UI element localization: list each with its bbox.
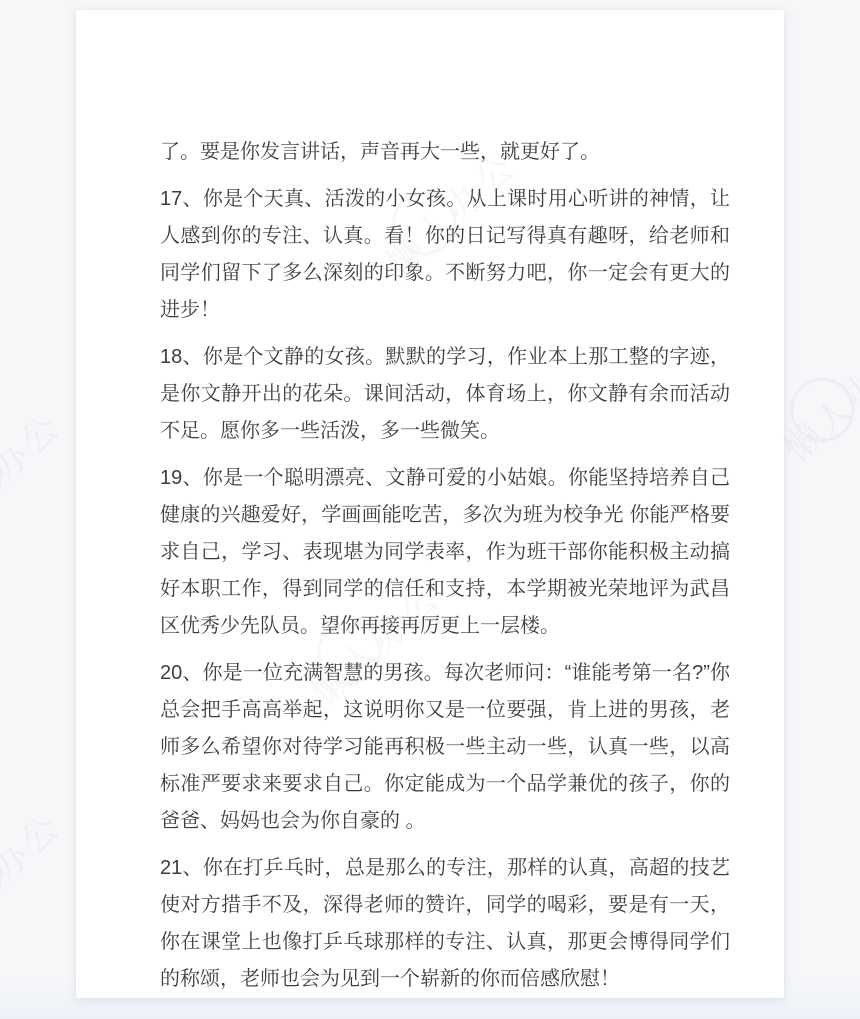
watermark-logo-circle xyxy=(0,438,15,528)
watermark: 懒人办公 xyxy=(0,400,72,545)
paragraph-21: 21、你在打乒乓时，总是那么的专注，那样的认真，高超的技艺使对方措手不及，深得老… xyxy=(160,850,730,998)
watermark: 懒人办公 xyxy=(771,327,860,472)
paragraph-20: 20、你是一位充满智慧的男孩。每次老师问：“谁能考第一名?”你总会把手高高举起，… xyxy=(160,655,730,840)
watermark: 懒人办公 xyxy=(0,800,72,945)
paragraph-continuation: 了。要是你发言讲话，声音再大一些，就更好了。 xyxy=(160,134,730,171)
paragraph-18: 18、你是个文静的女孩。默默的学习，作业本上那工整的字迹，是你文静开出的花朵。课… xyxy=(160,339,730,450)
paragraph-19: 19、你是一个聪明漂亮、文静可爱的小姑娘。你能坚持培养自己健康的兴趣爱好，学画画… xyxy=(160,460,730,645)
document-body: 了。要是你发言讲话，声音再大一些，就更好了。 17、你是个天真、活泼的小女孩。从… xyxy=(76,10,784,998)
watermark-logo-circle xyxy=(0,838,15,928)
watermark-logo-circle xyxy=(777,365,860,455)
document-page: 了。要是你发言讲话，声音再大一些，就更好了。 17、你是个天真、活泼的小女孩。从… xyxy=(76,10,784,998)
paragraph-17: 17、你是个天真、活泼的小女孩。从上课时用心听讲的神情，让人感到你的专注、认真。… xyxy=(160,181,730,329)
watermark-text: 懒人办公 xyxy=(776,332,860,470)
watermark-text: 懒人办公 xyxy=(0,805,70,943)
watermark-text: 懒人办公 xyxy=(0,405,70,543)
